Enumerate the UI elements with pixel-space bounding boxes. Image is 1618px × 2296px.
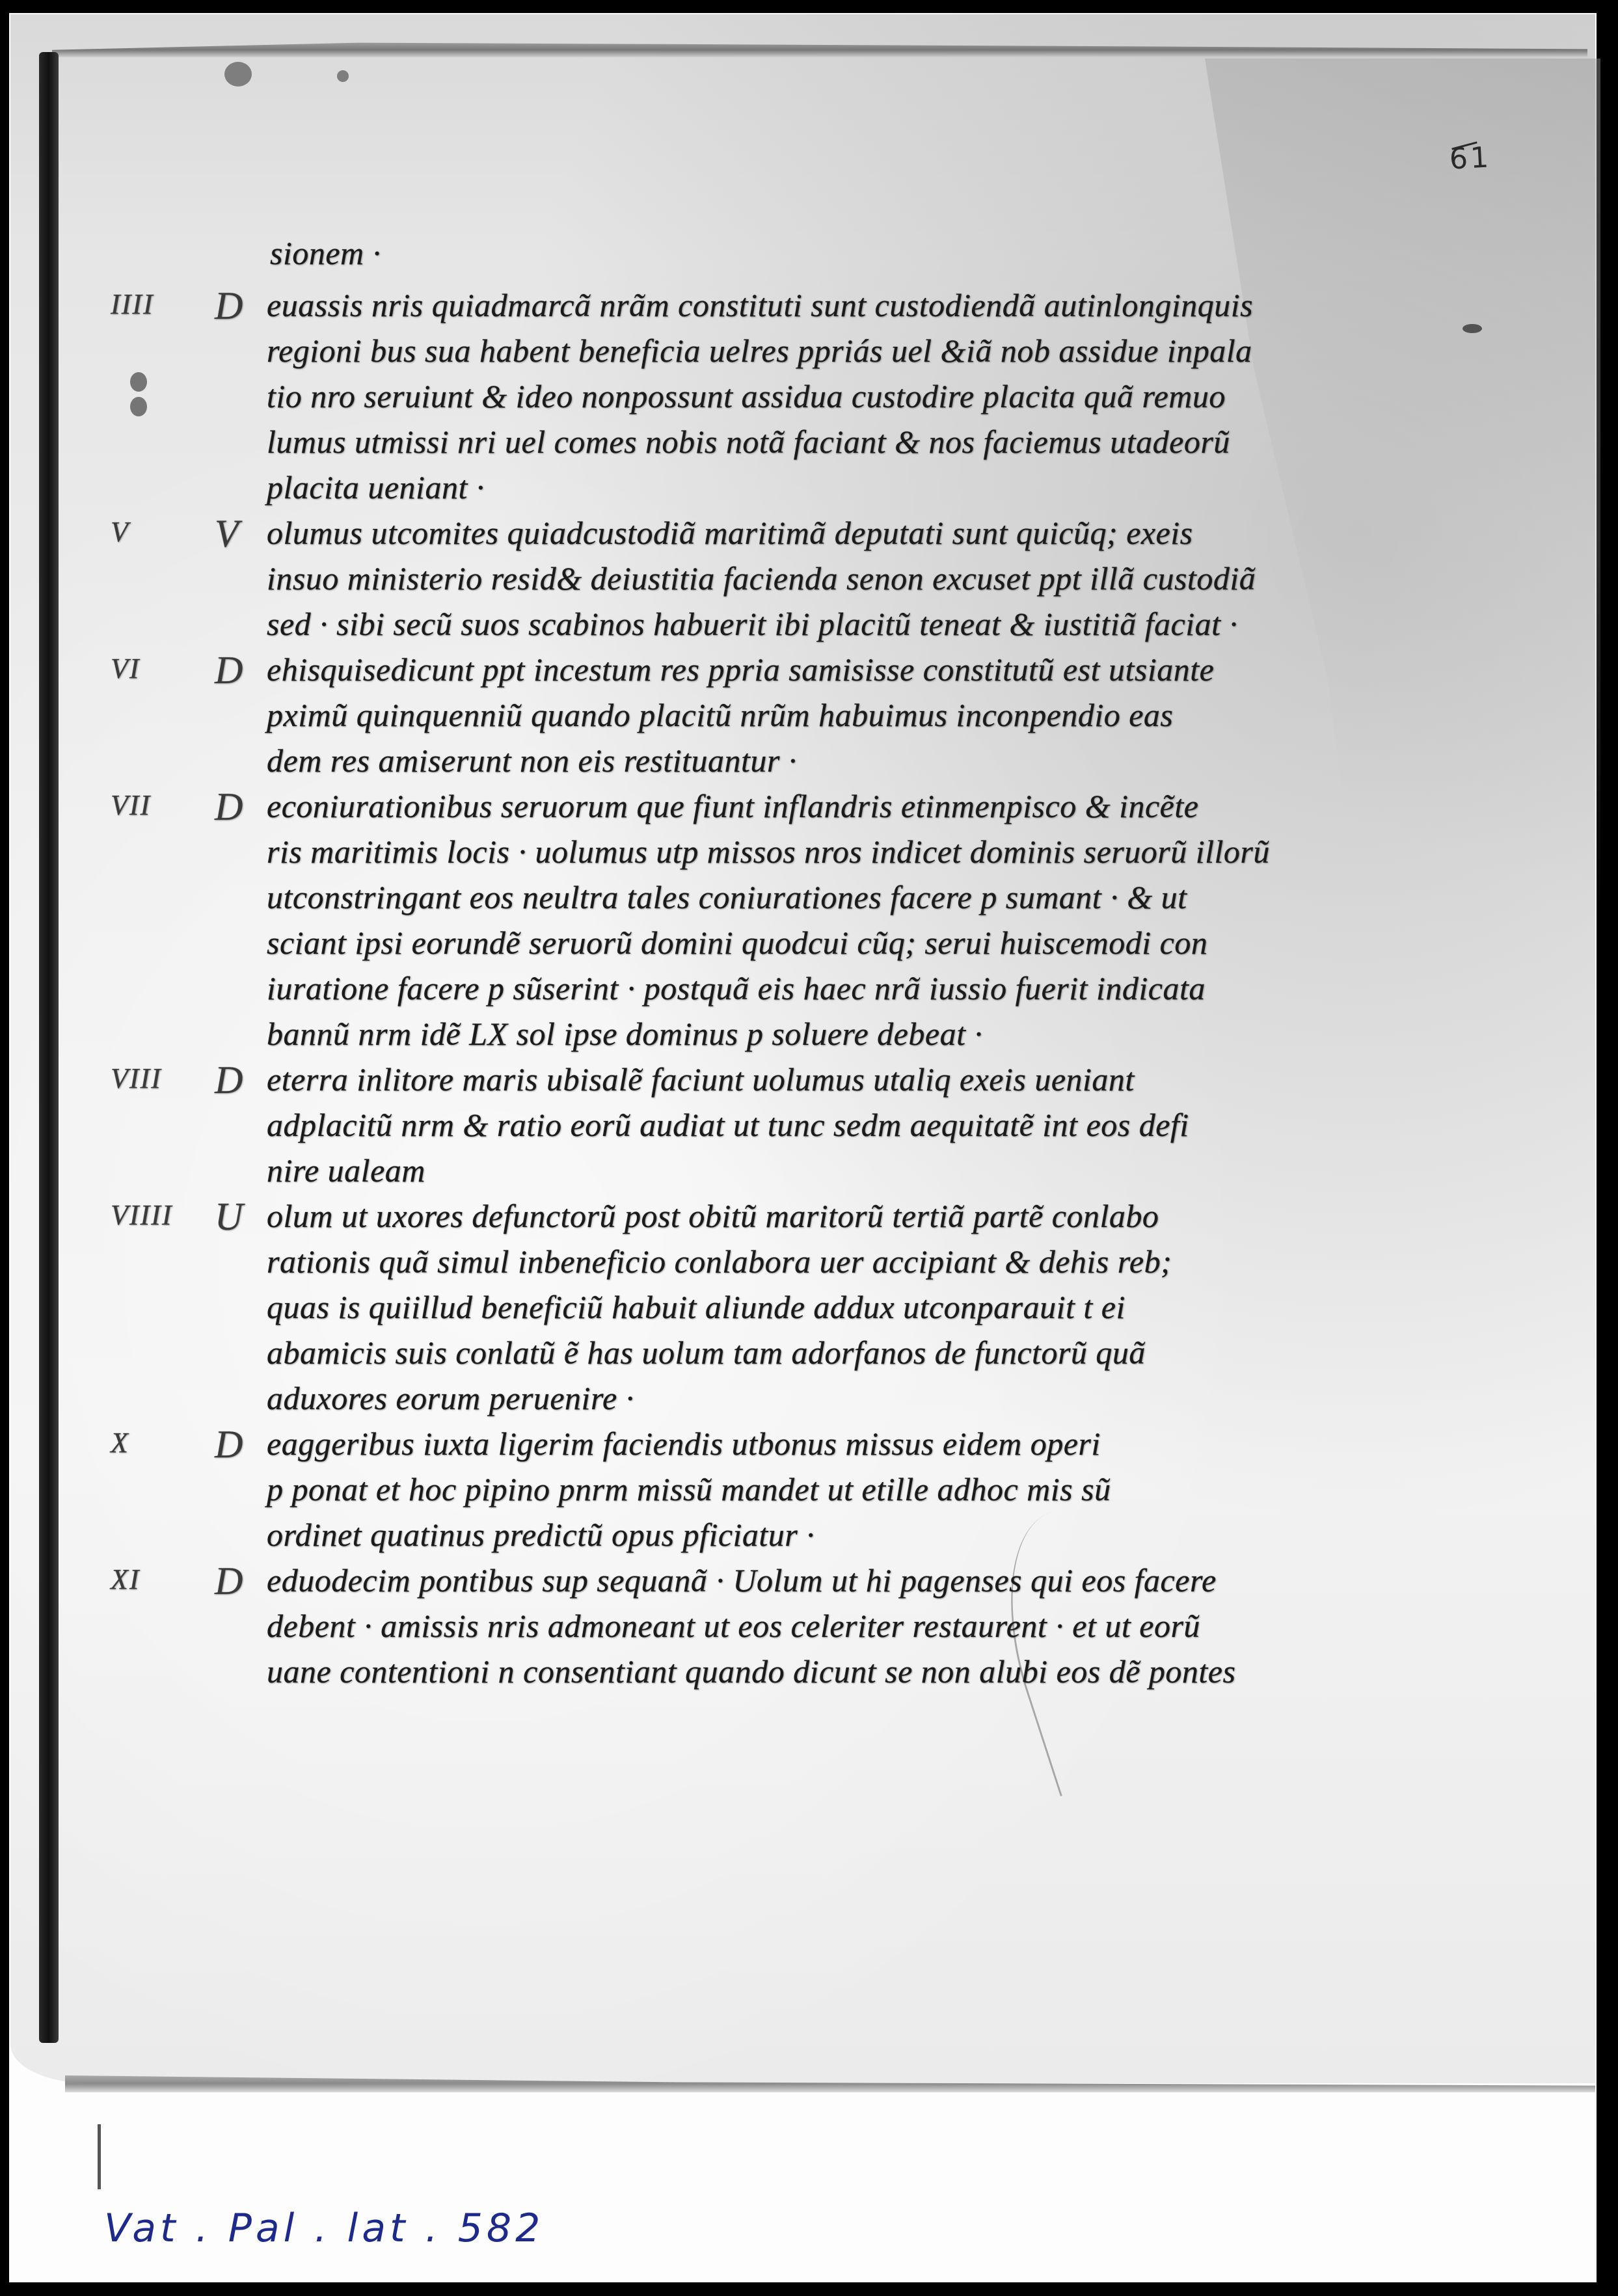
- line-text: regioni bus sua habent beneficia uelres …: [267, 332, 1252, 370]
- chapter-line: X D eaggeribus iuxta ligerim faciendis u…: [111, 1425, 1347, 1470]
- chapter-numeral: XI: [111, 1563, 141, 1596]
- line-text: debent · amissis nris admoneant ut eos c…: [267, 1607, 1200, 1645]
- chapter-numeral: VIII: [111, 1062, 162, 1095]
- line-text: euassis nris quiadmarcã nrãm constituti …: [267, 286, 1253, 324]
- line-text: econiurationibus seruorum que fiunt infl…: [267, 787, 1198, 825]
- line-text: nire ualeam: [267, 1152, 425, 1189]
- chapter-line: V V olumus utcomites quiadcustodiã marit…: [111, 514, 1347, 560]
- folio-number: 61: [1449, 141, 1492, 176]
- chapter-v: V V olumus utcomites quiadcustodiã marit…: [111, 514, 1347, 651]
- chapter-line: sciant ipsi eorundẽ seruorũ domini quodc…: [111, 924, 1347, 969]
- chapter-line: lumus utmissi nri uel comes nobis notã f…: [111, 423, 1347, 468]
- carryover-line: sionem ·: [111, 234, 1347, 286]
- line-text: bannũ nrm idẽ LX sol ipse dominus p solu…: [267, 1015, 982, 1053]
- chapter-line: aduxores eorum peruenire ·: [111, 1379, 1347, 1425]
- chapter-line: placita ueniant ·: [111, 468, 1347, 514]
- chapter-line: debent · amissis nris admoneant ut eos c…: [111, 1607, 1347, 1653]
- chapter-numeral: VI: [111, 652, 141, 685]
- line-text: pximũ quinquenniũ quando placitũ nrũm ha…: [267, 696, 1173, 734]
- chapter-line: ris maritimis locis · uolumus utp missos…: [111, 833, 1347, 878]
- chapter-line: rationis quã simul inbeneficio conlabora…: [111, 1243, 1347, 1288]
- chapter-initial: D: [215, 785, 243, 830]
- manuscript-text-block: sionem · IIII D euassis nris quiadmarcã …: [111, 234, 1347, 1698]
- chapter-line: bannũ nrm idẽ LX sol ipse dominus p solu…: [111, 1015, 1347, 1060]
- chapter-initial: V: [215, 511, 239, 556]
- chapter-viiii: VIIII U olum ut uxores defunctorũ post o…: [111, 1197, 1347, 1425]
- line-text: ordinet quatinus predictũ opus pficiatur…: [267, 1516, 815, 1554]
- chapter-line: XI D eduodecim pontibus sup sequanã · Uo…: [111, 1561, 1347, 1607]
- line-text: quas is quiillud beneficiũ habuit aliund…: [267, 1288, 1126, 1326]
- chapter-initial: D: [215, 1559, 243, 1604]
- chapter-line: ordinet quatinus predictũ opus pficiatur…: [111, 1516, 1347, 1561]
- chapter-line: IIII D euassis nris quiadmarcã nrãm cons…: [111, 286, 1347, 332]
- line-text: eterra inlitore maris ubisalẽ faciunt uo…: [267, 1060, 1135, 1098]
- chapter-viii: VIII D eterra inlitore maris ubisalẽ fac…: [111, 1060, 1347, 1197]
- chapter-line: utconstringant eos neultra tales coniura…: [111, 878, 1347, 924]
- chapter-line: nire ualeam: [111, 1152, 1347, 1197]
- chapter-initial: D: [215, 1422, 243, 1467]
- chapter-initial: D: [215, 1058, 243, 1103]
- line-text: eduodecim pontibus sup sequanã · Uolum u…: [267, 1561, 1217, 1599]
- chapter-line: pximũ quinquenniũ quando placitũ nrũm ha…: [111, 696, 1347, 742]
- chapter-initial: D: [215, 284, 243, 329]
- line-text: adplacitũ nrm & ratio eorũ audiat ut tun…: [267, 1106, 1189, 1144]
- line-text: uane contentioni n consentiant quando di…: [267, 1653, 1235, 1690]
- line-text: lumus utmissi nri uel comes nobis notã f…: [267, 423, 1230, 461]
- chapter-vi: VI D ehisquisedicunt ppt incestum res pp…: [111, 651, 1347, 787]
- line-text: olumus utcomites quiadcustodiã maritimã …: [267, 514, 1193, 552]
- line-text: iuratione facere p sũserint · postquã ei…: [267, 969, 1206, 1007]
- chapter-x: X D eaggeribus iuxta ligerim faciendis u…: [111, 1425, 1347, 1561]
- chapter-vii: VII D econiurationibus seruorum que fiun…: [111, 787, 1347, 1060]
- chapter-xi: XI D eduodecim pontibus sup sequanã · Uo…: [111, 1561, 1347, 1698]
- ink-spot: [224, 62, 252, 87]
- line-text: ehisquisedicunt ppt incestum res ppria s…: [267, 651, 1214, 688]
- line-text: sed · sibi secũ suos scabinos habuerit i…: [267, 605, 1238, 643]
- chapter-line: dem res amiserunt non eis restituantur ·: [111, 742, 1347, 787]
- line-text: ris maritimis locis · uolumus utp missos…: [267, 833, 1270, 871]
- chapter-line: quas is quiillud beneficiũ habuit aliund…: [111, 1288, 1347, 1334]
- chapter-initial: D: [215, 648, 243, 693]
- chapter-numeral: VII: [111, 789, 151, 822]
- chapter-numeral: IIII: [111, 288, 154, 321]
- chapter-line: p ponat et hoc pipino pnrm missũ mandet …: [111, 1470, 1347, 1516]
- chapter-line: VIII D eterra inlitore maris ubisalẽ fac…: [111, 1060, 1347, 1106]
- line-text: sciant ipsi eorundẽ seruorũ domini quodc…: [267, 924, 1207, 962]
- line-text: olum ut uxores defunctorũ post obitũ mar…: [267, 1197, 1159, 1235]
- chapter-line: uane contentioni n consentiant quando di…: [111, 1653, 1347, 1698]
- line-text: aduxores eorum peruenire ·: [267, 1379, 634, 1417]
- line-text: tio nro seruiunt & ideo nonpossunt assid…: [267, 377, 1226, 415]
- binding-gutter: [39, 52, 59, 2043]
- line-text: utconstringant eos neultra tales coniura…: [267, 878, 1187, 916]
- chapter-line: iuratione facere p sũserint · postquã ei…: [111, 969, 1347, 1015]
- chapter-line: adplacitũ nrm & ratio eorũ audiat ut tun…: [111, 1106, 1347, 1152]
- line-text: eaggeribus iuxta ligerim faciendis utbon…: [267, 1425, 1101, 1463]
- line-text: sionem ·: [270, 234, 381, 272]
- line-text: rationis quã simul inbeneficio conlabora…: [267, 1243, 1172, 1280]
- chapter-line: sed · sibi secũ suos scabinos habuerit i…: [111, 605, 1347, 651]
- chapter-line: abamicis suis conlatũ ẽ has uolum tam ad…: [111, 1334, 1347, 1379]
- line-text: p ponat et hoc pipino pnrm missũ mandet …: [267, 1470, 1111, 1508]
- chapter-initial: U: [215, 1195, 243, 1239]
- ink-spot: [1463, 324, 1482, 333]
- ink-spot: [337, 70, 349, 82]
- ruler-mark: [98, 2124, 101, 2189]
- chapter-numeral: X: [111, 1426, 129, 1459]
- line-text: abamicis suis conlatũ ẽ has uolum tam ad…: [267, 1334, 1146, 1371]
- chapter-numeral: VIIII: [111, 1198, 173, 1232]
- chapter-line: regioni bus sua habent beneficia uelres …: [111, 332, 1347, 377]
- chapter-numeral: V: [111, 515, 129, 548]
- chapter-line: VI D ehisquisedicunt ppt incestum res pp…: [111, 651, 1347, 696]
- line-text: insuo ministerio resid& deiustitia facie…: [267, 560, 1256, 597]
- line-text: dem res amiserunt non eis restituantur ·: [267, 742, 797, 779]
- chapter-line: VII D econiurationibus seruorum que fiun…: [111, 787, 1347, 833]
- chapter-line: insuo ministerio resid& deiustitia facie…: [111, 560, 1347, 605]
- chapter-line: VIIII U olum ut uxores defunctorũ post o…: [111, 1197, 1347, 1243]
- chapter-line: tio nro seruiunt & ideo nonpossunt assid…: [111, 377, 1347, 423]
- shelfmark-annotation: Vat . Pal . lat . 582: [104, 2206, 544, 2251]
- chapter-iiii: IIII D euassis nris quiadmarcã nrãm cons…: [111, 286, 1347, 514]
- line-text: placita ueniant ·: [267, 468, 485, 506]
